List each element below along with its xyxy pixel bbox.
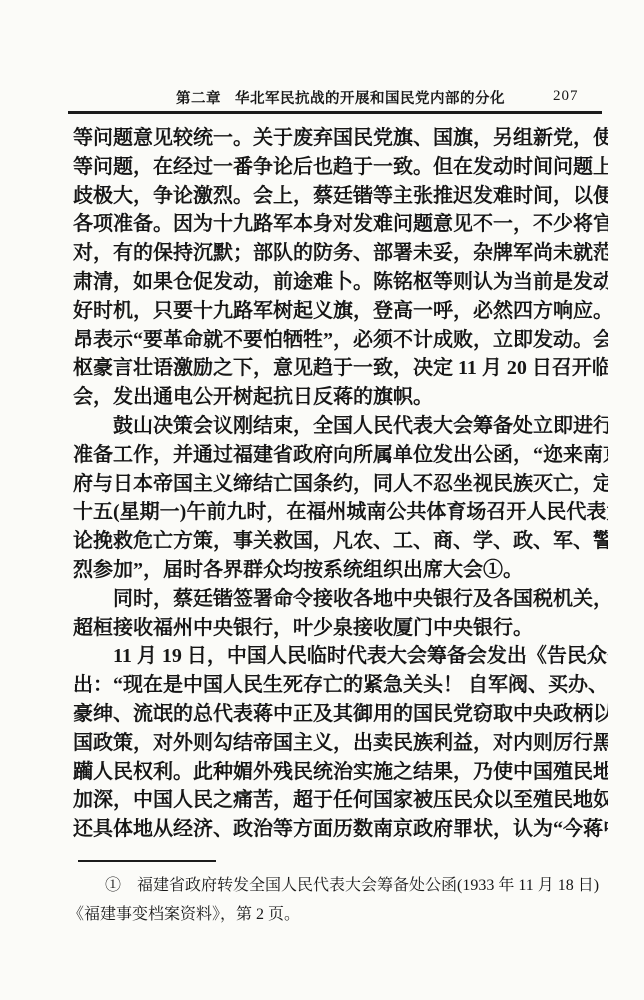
body-text: 等问题意见较统一。关于废弃国民党旗、国旗，另组新党，使用新国旗等问题，在经过一番… bbox=[73, 124, 608, 844]
body-line: 肃清，如果仓促发动，前途难卜。陈铭枢等则认为当前是发动事变的最 bbox=[73, 268, 608, 297]
footnote-line: 《福建事变档案资料》，第 2 页。 bbox=[68, 901, 600, 930]
body-line: 好时机，只要十九路军树起义旗，登高一呼，必然四方响应。他慷慨激 bbox=[73, 297, 608, 326]
body-line: 准备工作，并通过福建省政府向所属单位发出公函，“迩来南京中央政 bbox=[73, 441, 608, 470]
body-line: 同时，蔡廷锴签署命令接收各地中央银行及各国税机关，并即派李 bbox=[73, 585, 608, 614]
chapter-heading: 第二章华北军民抗战的开展和国民党内部的分化 bbox=[73, 87, 608, 108]
header-rule bbox=[68, 111, 602, 114]
body-line: 加深，中国人民之痛苦，超于任何国家被压民众以至殖民地奴隶以上。” bbox=[73, 786, 608, 815]
body-line: 躏人民权利。此种媚外残民统治实施之结果，乃使中国殖民地化日益 bbox=[73, 758, 608, 787]
body-line: 歧极大，争论激烈。会上，蔡廷锴等主张推迟发难时间，以便加紧做好 bbox=[73, 182, 608, 211]
body-line: 十五(星期一)午前九时，在福州城南公共体育场召开人民代表大会，讨 bbox=[73, 498, 608, 527]
body-line: 昂表示“要革命就不要怕牺牲”，必须不计成败，立即发动。会议在陈铭 bbox=[73, 326, 608, 355]
body-line: 超桓接收福州中央银行，叶少泉接收厦门中央银行。 bbox=[73, 614, 608, 643]
body-line: 等问题意见较统一。关于废弃国民党旗、国旗，另组新党，使用新国旗 bbox=[73, 124, 608, 153]
chapter-number: 第二章 bbox=[176, 91, 221, 107]
page-number: 207 bbox=[553, 88, 581, 105]
footnote: ① 福建省政府转发全国人民代表大会筹备处公函(1933 年 11 月 18 日)… bbox=[68, 872, 600, 929]
book-page: 第二章华北军民抗战的开展和国民党内部的分化 207 等问题意见较统一。关于废弃国… bbox=[0, 0, 644, 1000]
body-line: 出：“现在是中国人民生死存亡的紧急关头！ 自军阀、买办、地主、官僚、 bbox=[73, 671, 608, 700]
body-line: 对，有的保持沉默；部队的防务、部署未妥，杂牌军尚未就范，内奸尚未 bbox=[73, 239, 608, 268]
body-line: 11 月 19 日，中国人民临时代表大会筹备会发出《告民众书》，指 bbox=[73, 642, 608, 671]
body-line: 论挽救危亡方策，事关救国，凡农、工、商、学、政、军、警各界同胞均应热 bbox=[73, 527, 608, 556]
body-line: 豪绅、流氓的总代表蒋中正及其御用的国民党窃取中央政柄以来，其中 bbox=[73, 700, 608, 729]
body-line: 会，发出通电公开树起抗日反蒋的旗帜。 bbox=[73, 383, 608, 412]
body-line: 府与日本帝国主义缔结亡国条约，同人不忍坐视民族灭亡，定于本月二 bbox=[73, 470, 608, 499]
footnote-rule bbox=[78, 860, 216, 862]
footnote-line: ① 福建省政府转发全国人民代表大会筹备处公函(1933 年 11 月 18 日)… bbox=[68, 872, 600, 901]
body-line: 国政策，对外则勾结帝国主义，出卖民族利益，对内则厉行黑暗统治，蹂 bbox=[73, 729, 608, 758]
chapter-title: 华北军民抗战的开展和国民党内部的分化 bbox=[235, 91, 505, 107]
body-line: 烈参加”，届时各界群众均按系统组织出席大会①。 bbox=[73, 556, 608, 585]
body-line: 等问题，在经过一番争论后也趋于一致。但在发动时间问题上，意见分 bbox=[73, 153, 608, 182]
body-line: 鼓山决策会议刚结束，全国人民代表大会筹备处立即进行紧张的 bbox=[73, 412, 608, 441]
body-line: 各项准备。因为十九路军本身对发难问题意见不一，不少将官公开反 bbox=[73, 210, 608, 239]
body-line: 枢豪言壮语激励之下，意见趋于一致，决定 11 月 20 日召开临时代表大 bbox=[73, 354, 608, 383]
body-line: 还具体地从经济、政治等方面历数南京政府罪状，认为“今蒋中正御用 bbox=[73, 815, 608, 844]
